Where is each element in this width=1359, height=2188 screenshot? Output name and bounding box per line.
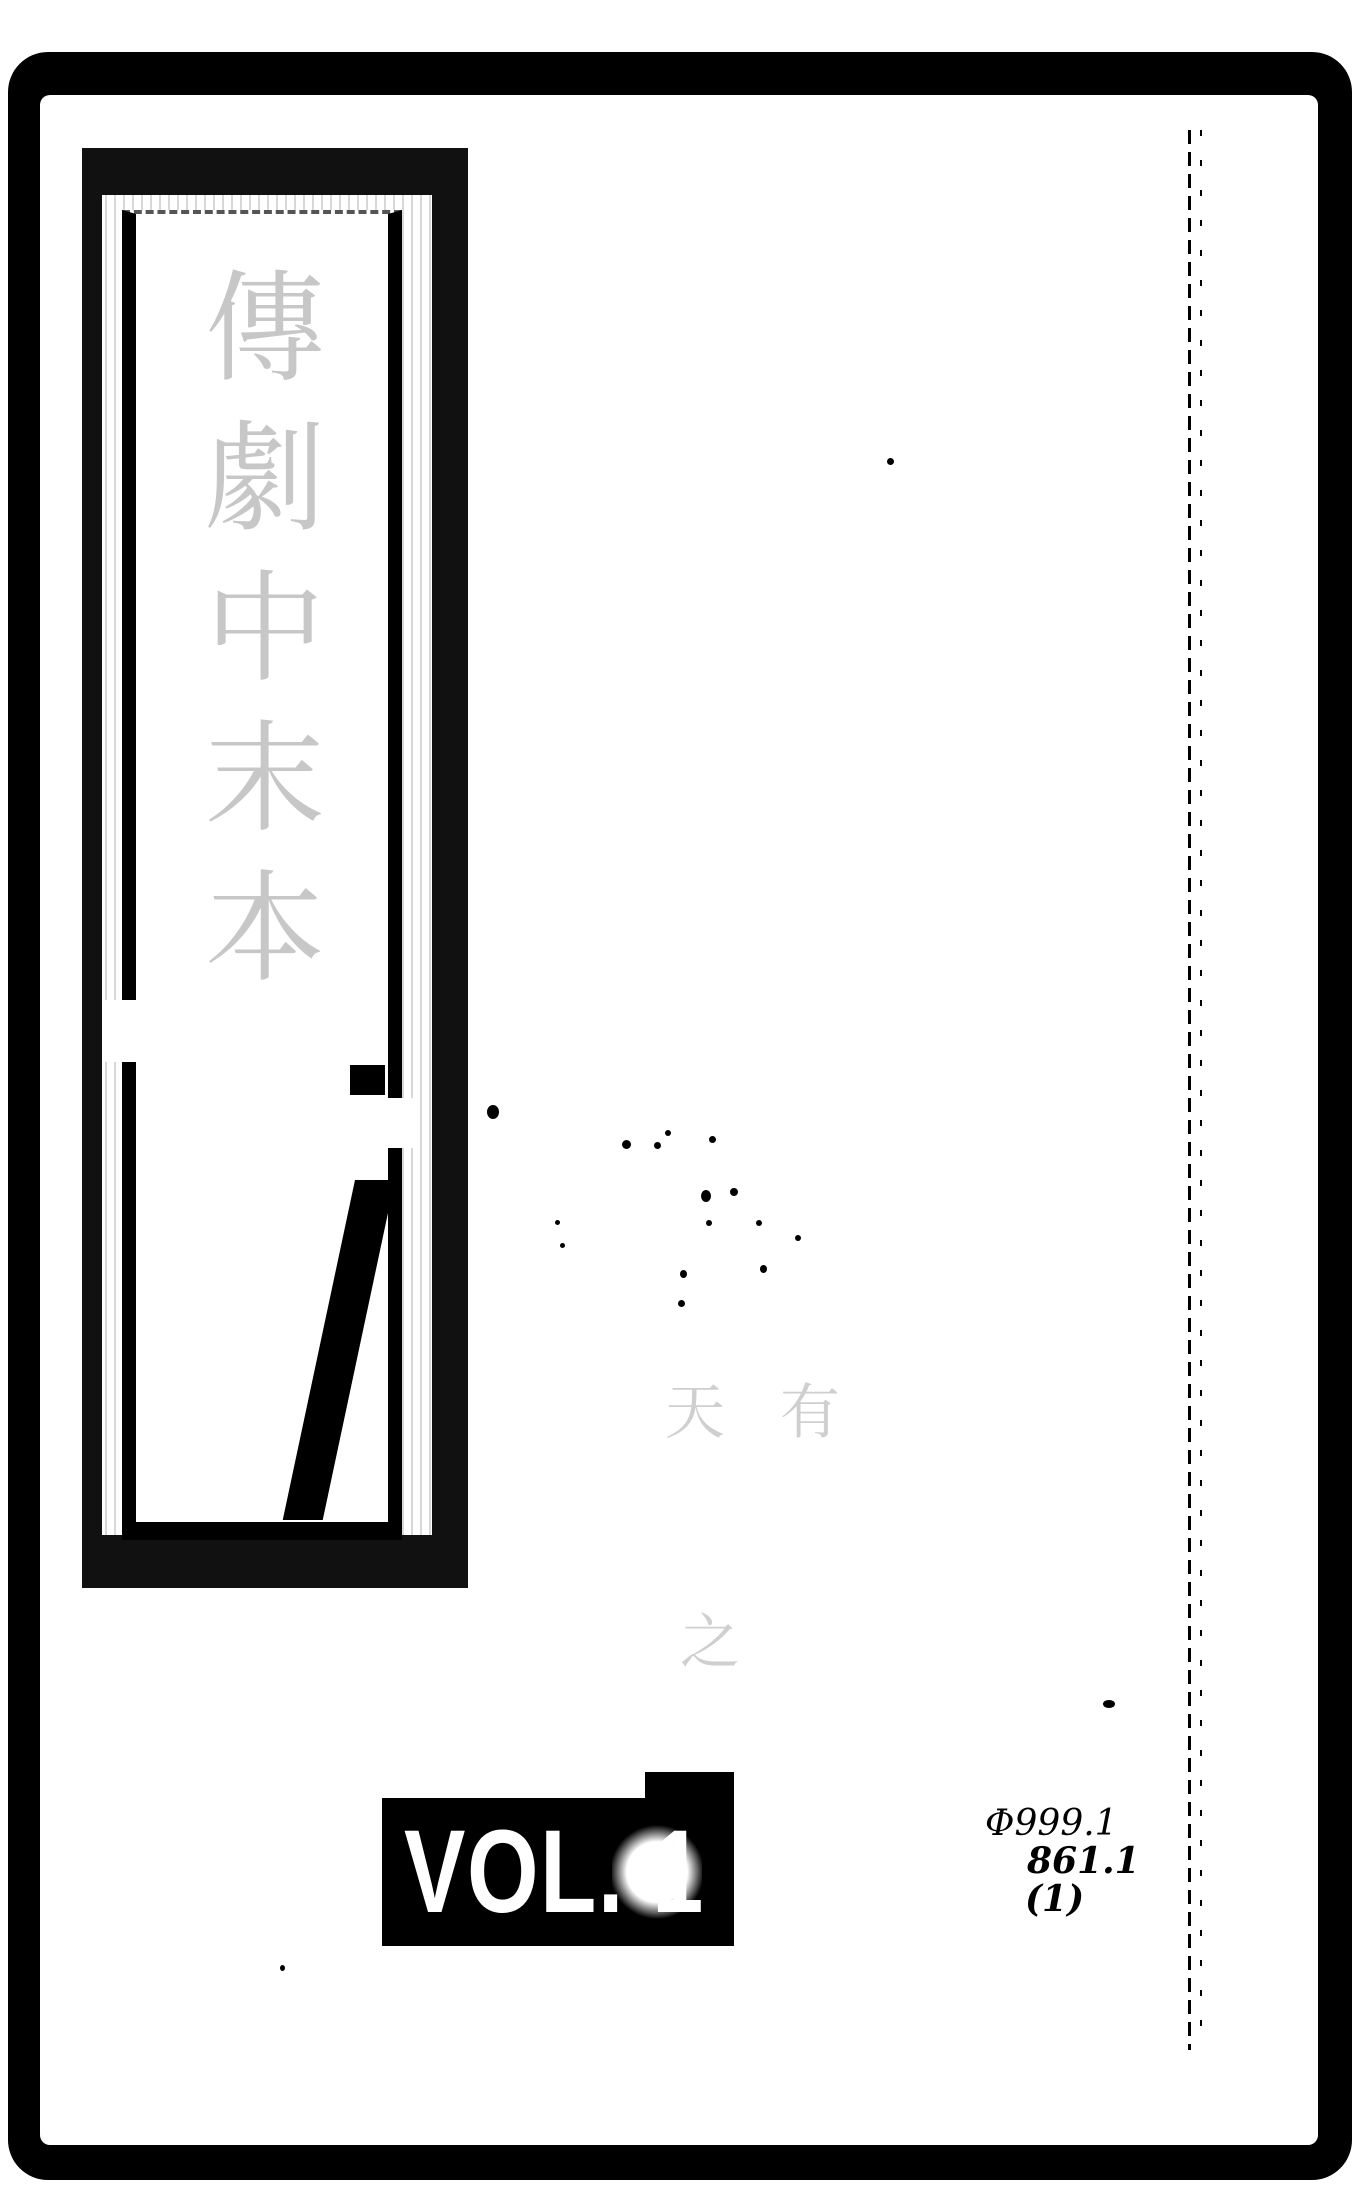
ink-speck: [760, 1265, 767, 1273]
ink-speck: [678, 1300, 685, 1307]
faint-character: 天: [665, 1365, 725, 1451]
faint-character: 有: [780, 1365, 840, 1451]
ink-speck: [756, 1220, 762, 1226]
ink-speck: [680, 1270, 687, 1278]
ink-speck: [560, 1243, 565, 1248]
title-characters: 傳 劇 中 末 本: [150, 270, 380, 990]
ink-speck: [709, 1136, 716, 1143]
binding-line-secondary: [1200, 130, 1202, 2030]
title-char: 劇: [205, 420, 325, 540]
call-number-line-2: 861.1: [985, 1843, 1140, 1881]
call-number: Φ999.1 861.1 (1): [985, 1805, 1140, 1918]
faint-character: 之: [680, 1595, 740, 1681]
title-slip-tear-right: [355, 1098, 415, 1148]
title-char: 本: [205, 870, 325, 990]
ink-speck: [665, 1130, 671, 1136]
ink-speck: [622, 1140, 631, 1149]
ink-speck: [730, 1188, 738, 1196]
call-number-line-1: Φ999.1: [985, 1805, 1140, 1843]
title-char: 傳: [205, 270, 325, 390]
ink-speck: [795, 1235, 801, 1241]
ink-speck: [280, 1965, 285, 1971]
ink-speck: [654, 1142, 661, 1149]
title-char: 末: [205, 720, 325, 840]
ink-speck: [1103, 1700, 1115, 1708]
binding-line: [1188, 130, 1191, 2050]
ink-speck: [701, 1190, 711, 1202]
title-char: 中: [205, 570, 325, 690]
title-slip-tear-left: [104, 1000, 154, 1062]
volume-label-smudge: [612, 1822, 702, 1922]
ink-speck: [887, 458, 894, 465]
ink-speck: [487, 1105, 499, 1119]
ink-speck: [706, 1220, 712, 1226]
ink-speck: [555, 1220, 560, 1225]
call-number-line-3: (1): [985, 1881, 1140, 1919]
title-slip-ink-block: [350, 1065, 385, 1095]
